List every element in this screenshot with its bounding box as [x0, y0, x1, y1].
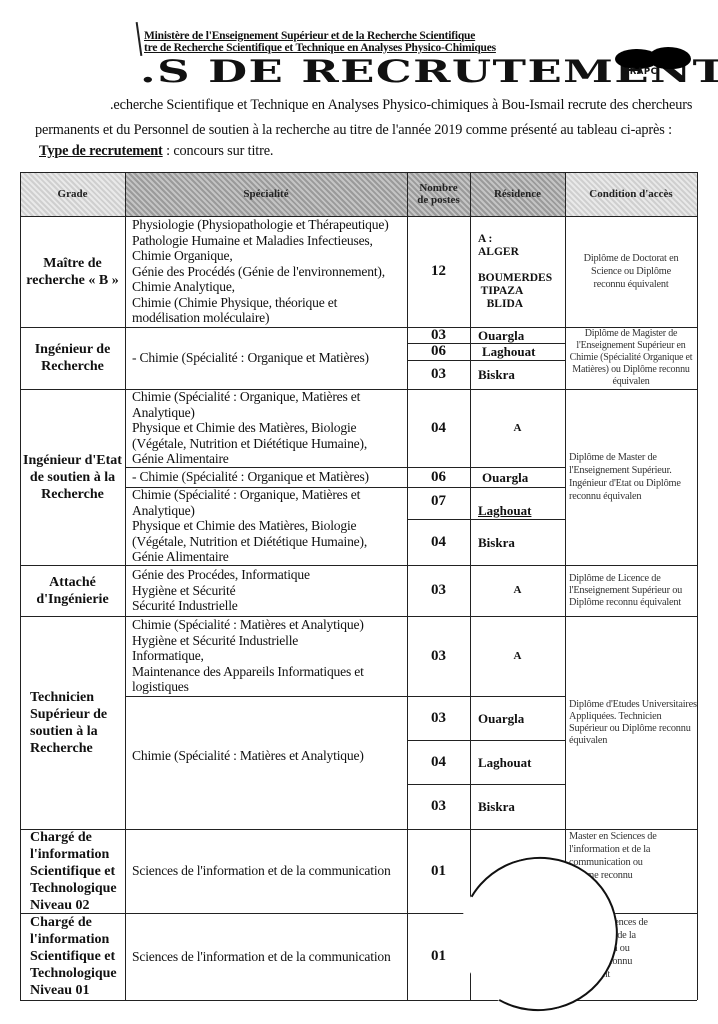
residence-technicien: Ouargla	[470, 696, 565, 740]
intro-line-2: permanents et du Personnel de soutien à …	[35, 122, 672, 139]
spec-line: Analytique)	[132, 405, 407, 421]
spec-line: Génie des Procédes, Informatique	[132, 567, 407, 583]
residence-technicien: A	[470, 616, 565, 696]
spec-line: Chimie Organique,	[132, 248, 407, 264]
spec-ing-etat-3: Chimie (Spécialité : Organique, Matières…	[125, 487, 407, 565]
residence-ing-etat: Laghouat	[470, 487, 565, 519]
residence-ing-recherche: Laghouat	[470, 343, 565, 360]
residence-ing-etat: Ouargla	[470, 467, 565, 487]
residence-ing-etat: Biskra	[470, 519, 565, 565]
header-specialite: Spécialité	[125, 172, 407, 216]
recruitment-type-value: : concours sur titre.	[163, 143, 274, 159]
spec-line: Chimie Analytique,	[132, 279, 407, 295]
residence-line: BOUMERDES	[478, 272, 565, 285]
residence-ing-etat: A	[470, 389, 565, 467]
spec-line: Génie Alimentaire	[132, 549, 407, 565]
residence-ing-recherche: Biskra	[470, 360, 565, 389]
residence-line: ALGER	[478, 246, 565, 259]
spec-line: (Végétale, Nutrition et Diététique Humai…	[132, 436, 407, 452]
residence-line: A :	[478, 233, 565, 246]
condition-line: Master en Sciences de	[569, 830, 657, 843]
condition-ing-recherche: Diplôme de Magister de l'Enseignement Su…	[565, 327, 697, 389]
grade-ing-recherche: Ingénieur de Recherche	[20, 327, 125, 389]
spec-line: Hygiène et Sécurité Industrielle	[132, 633, 407, 649]
postes-technicien: 03	[407, 696, 470, 740]
postes-ing-etat: 07	[407, 487, 470, 519]
header-residence: Résidence	[470, 172, 565, 216]
grid-line	[697, 172, 698, 1000]
spec-attache: Génie des Procédes, Informatique Hygiène…	[125, 565, 407, 616]
grade-ing-etat: Ingénieur d'Etat de soutien à la Recherc…	[20, 389, 125, 565]
ministry-line: Ministère de l'Enseignement Supérieur et…	[144, 30, 475, 42]
grade-attache: Attaché d'Ingénierie	[20, 565, 125, 616]
grid-line	[20, 172, 697, 173]
spec-line: Chimie (Spécialité : Organique, Matières…	[132, 389, 407, 405]
logo-shape	[649, 47, 691, 69]
postes-attache: 03	[407, 565, 470, 616]
postes-ing-etat: 04	[407, 389, 470, 467]
recruitment-type: Type de recrutement : concours sur titre…	[39, 143, 273, 160]
recruitment-table: Grade Spécialité Nombre de postes Réside…	[20, 172, 697, 1000]
grade-technicien: Technicien Supérieur de soutien à la Rec…	[20, 616, 125, 829]
center-line: tre de Recherche Scientifique et Techniq…	[144, 42, 496, 54]
spec-maitre: Physiologie (Physiopathologie et Thérape…	[125, 216, 407, 327]
residence-technicien: Biskra	[470, 784, 565, 829]
residence-technicien: Laghouat	[470, 740, 565, 784]
spec-line: Sécurité Industrielle	[132, 598, 407, 614]
residence-attache: A	[470, 565, 565, 616]
logo-text: CRAPC	[623, 67, 657, 77]
spec-line: Informatique,	[132, 648, 407, 664]
spec-ing-etat-1: Chimie (Spécialité : Organique, Matières…	[125, 389, 407, 467]
condition-attache: Diplôme de Licence de l'Enseignement Sup…	[565, 565, 697, 616]
grade-charge-n2: Chargé de l'information Scientifique et …	[20, 829, 125, 913]
spec-line: (Végétale, Nutrition et Diététique Humai…	[132, 534, 407, 550]
condition-line: l'information et de la	[569, 843, 650, 856]
spec-technicien-1: Chimie (Spécialité : Matières et Analyti…	[125, 616, 407, 696]
spec-line: Physique et Chimie des Matières, Biologi…	[132, 518, 407, 534]
header-grade: Grade	[20, 172, 125, 216]
postes-ing-recherche: 03	[407, 327, 470, 343]
spec-line: modélisation moléculaire)	[132, 310, 407, 326]
residence-ing-recherche: Ouargla	[470, 327, 565, 343]
residence-line: TIPAZA	[478, 285, 565, 298]
spec-line: Génie Alimentaire	[132, 451, 407, 467]
condition-maitre: Diplôme de Doctorat en Science ou Diplôm…	[565, 216, 697, 327]
grid-line	[20, 1000, 697, 1001]
residence-spacer	[478, 259, 565, 272]
postes-charge-n2: 01	[407, 829, 470, 913]
spec-line: Chimie (Chimie Physique, théorique et	[132, 295, 407, 311]
recruitment-type-label: Type de recrutement	[39, 143, 163, 159]
residence-line: BLIDA	[478, 298, 565, 311]
intro-line-1: .echerche Scientifique et Technique en A…	[110, 97, 692, 114]
spec-charge-n2: Sciences de l'information et de la commu…	[125, 829, 407, 913]
grade-charge-n1: Chargé de l'information Scientifique et …	[20, 913, 125, 1000]
spec-charge-n1: Sciences de l'information et de la commu…	[125, 913, 407, 1000]
spec-line: Physique et Chimie des Matières, Biologi…	[132, 420, 407, 436]
residence-maitre: A : ALGER BOUMERDES TIPAZA BLIDA	[470, 216, 565, 327]
spec-line: Pathologie Humaine et Maladies Infectieu…	[132, 233, 407, 249]
header-postes: Nombre de postes	[407, 172, 470, 216]
postes-maitre: 12	[407, 216, 470, 327]
postes-ing-recherche: 06	[407, 343, 470, 360]
spec-ing-recherche: - Chimie (Spécialité : Organique et Mati…	[125, 327, 407, 389]
spec-line: Hygiène et Sécurité	[132, 583, 407, 599]
postes-technicien: 03	[407, 784, 470, 829]
spec-line: Chimie (Spécialité : Matières et Analyti…	[132, 617, 407, 633]
postes-ing-etat: 06	[407, 467, 470, 487]
crapc-logo: CRAPC	[613, 44, 693, 78]
spec-ing-etat-2: - Chimie (Spécialité : Organique et Mati…	[125, 467, 407, 487]
spec-line: Maintenance des Appareils Informatiques …	[132, 664, 407, 680]
spec-line: Génie des Procédés (Génie de l'environne…	[132, 264, 407, 280]
postes-technicien: 04	[407, 740, 470, 784]
header-condition: Condition d'accès	[565, 172, 697, 216]
spec-line: logistiques	[132, 679, 407, 695]
grade-maitre: Maître de recherche « B »	[20, 216, 125, 327]
postes-technicien: 03	[407, 616, 470, 696]
postes-ing-recherche: 03	[407, 360, 470, 389]
spec-line: Chimie (Spécialité : Organique, Matières…	[132, 487, 407, 503]
spec-line: Physiologie (Physiopathologie et Thérape…	[132, 217, 407, 233]
condition-ing-etat: Diplôme de Master de l'Enseignement Supé…	[565, 389, 697, 565]
condition-technicien: Diplôme d'Etudes Universitaires Appliqué…	[565, 616, 697, 829]
postes-ing-etat: 04	[407, 519, 470, 565]
spec-technicien-2: Chimie (Spécialité : Matières et Analyti…	[125, 696, 407, 829]
spec-line: Analytique)	[132, 503, 407, 519]
